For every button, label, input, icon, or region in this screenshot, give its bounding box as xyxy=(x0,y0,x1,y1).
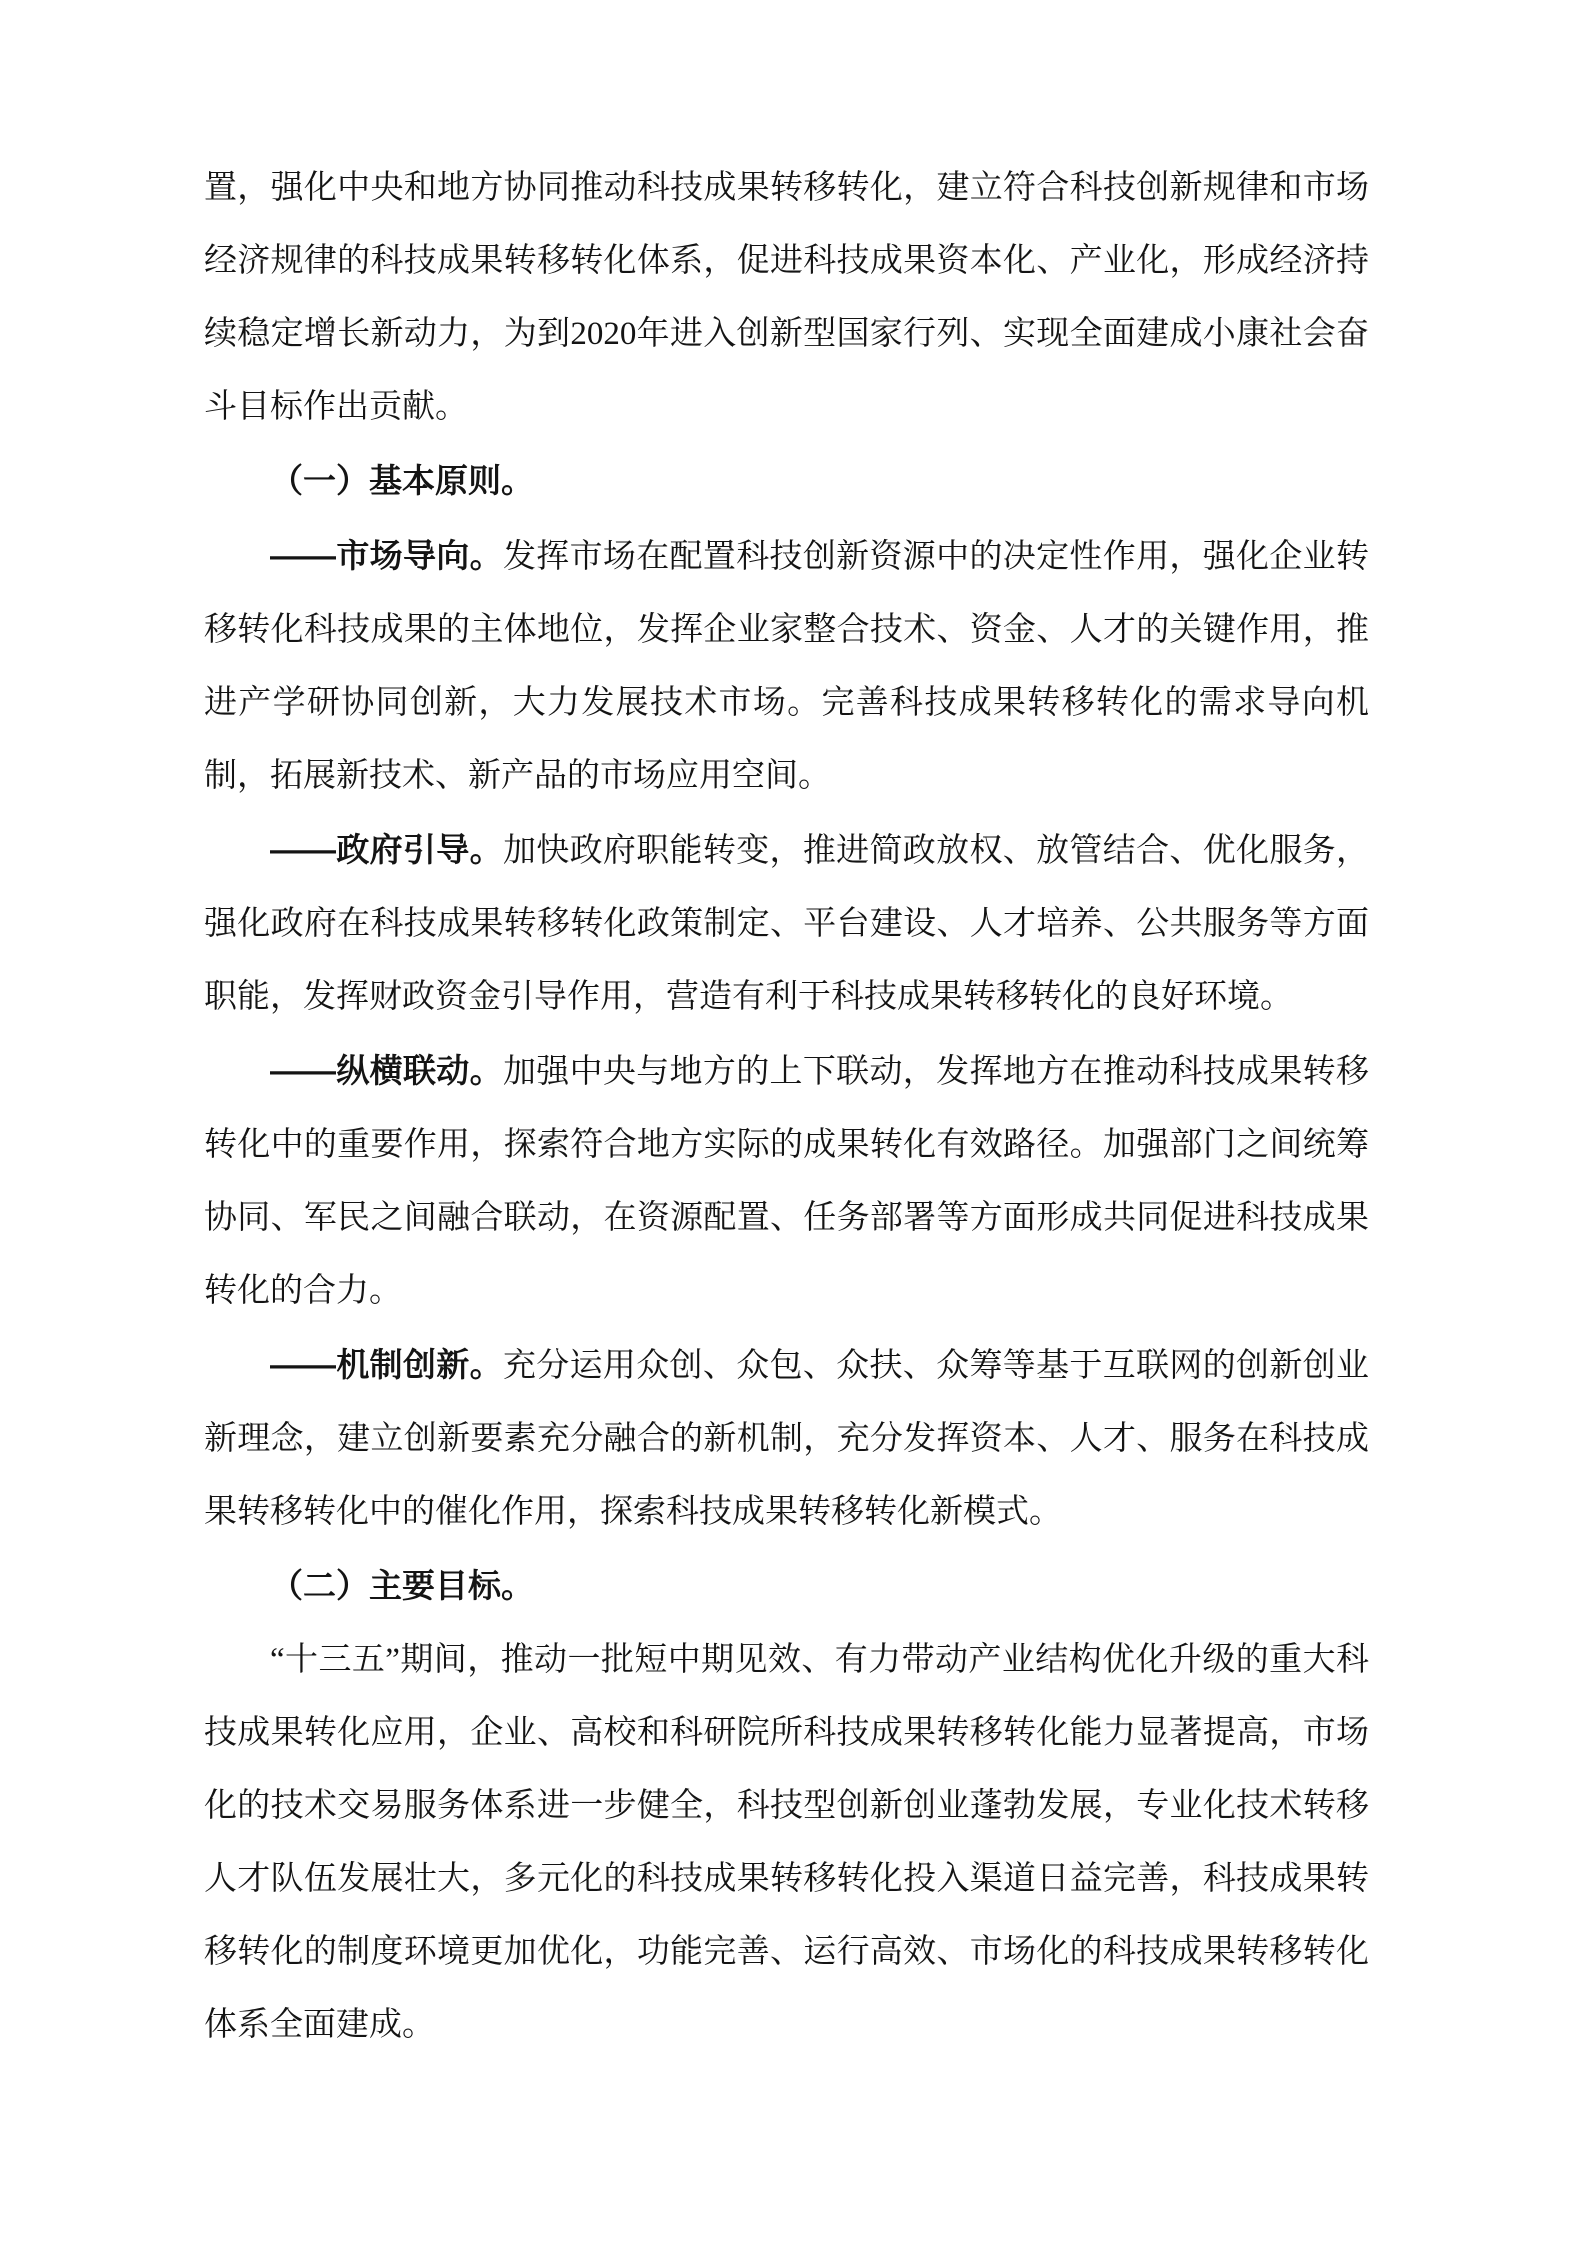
paragraph-lead: ——政府引导。 xyxy=(270,831,503,868)
paragraph-lead: ——机制创新。 xyxy=(270,1346,503,1383)
paragraph-text: 发挥市场在配置科技创新资源中的决定性作用，强化企业转移转化科技成果的主体地位，发… xyxy=(204,539,1369,794)
paragraph-continuation: 置，强化中央和地方协同推动科技成果转移转化，建立符合科技创新规律和市场经济规律的… xyxy=(204,152,1369,444)
paragraph-government-guidance: ——政府引导。加快政府职能转变，推进简政放权、放管结合、优化服务，强化政府在科技… xyxy=(204,813,1369,1034)
section-heading-text: （二）主要目标。 xyxy=(270,1567,534,1604)
paragraph-market-orientation: ——市场导向。发挥市场在配置科技创新资源中的决定性作用，强化企业转移转化科技成果… xyxy=(204,519,1369,813)
paragraph-mechanism-innovation: ——机制创新。充分运用众创、众包、众扶、众筹等基于互联网的创新创业新理念，建立创… xyxy=(204,1328,1369,1549)
paragraph-text: “十三五”期间，推动一批短中期见效、有力带动产业结构优化升级的重大科技成果转化应… xyxy=(204,1642,1369,2043)
paragraph-lead: ——市场导向。 xyxy=(270,537,503,574)
section-heading-main-goals: （二）主要目标。 xyxy=(204,1549,1369,1624)
paragraph-text: 置，强化中央和地方协同推动科技成果转移转化，建立符合科技创新规律和市场经济规律的… xyxy=(204,170,1369,425)
paragraph-13th-five-year-goals: “十三五”期间，推动一批短中期见效、有力带动产业结构优化升级的重大科技成果转化应… xyxy=(204,1624,1369,2062)
document-content: 置，强化中央和地方协同推动科技成果转移转化，建立符合科技创新规律和市场经济规律的… xyxy=(204,152,1369,2062)
paragraph-vertical-horizontal-linkage: ——纵横联动。加强中央与地方的上下联动，发挥地方在推动科技成果转移转化中的重要作… xyxy=(204,1034,1369,1328)
section-heading-text: （一）基本原则。 xyxy=(270,462,534,499)
document-page: 置，强化中央和地方协同推动科技成果转移转化，建立符合科技创新规律和市场经济规律的… xyxy=(0,0,1587,2245)
paragraph-lead: ——纵横联动。 xyxy=(270,1052,503,1089)
paragraph-text: 加强中央与地方的上下联动，发挥地方在推动科技成果转移转化中的重要作用，探索符合地… xyxy=(204,1054,1369,1309)
section-heading-basic-principles: （一）基本原则。 xyxy=(204,444,1369,519)
